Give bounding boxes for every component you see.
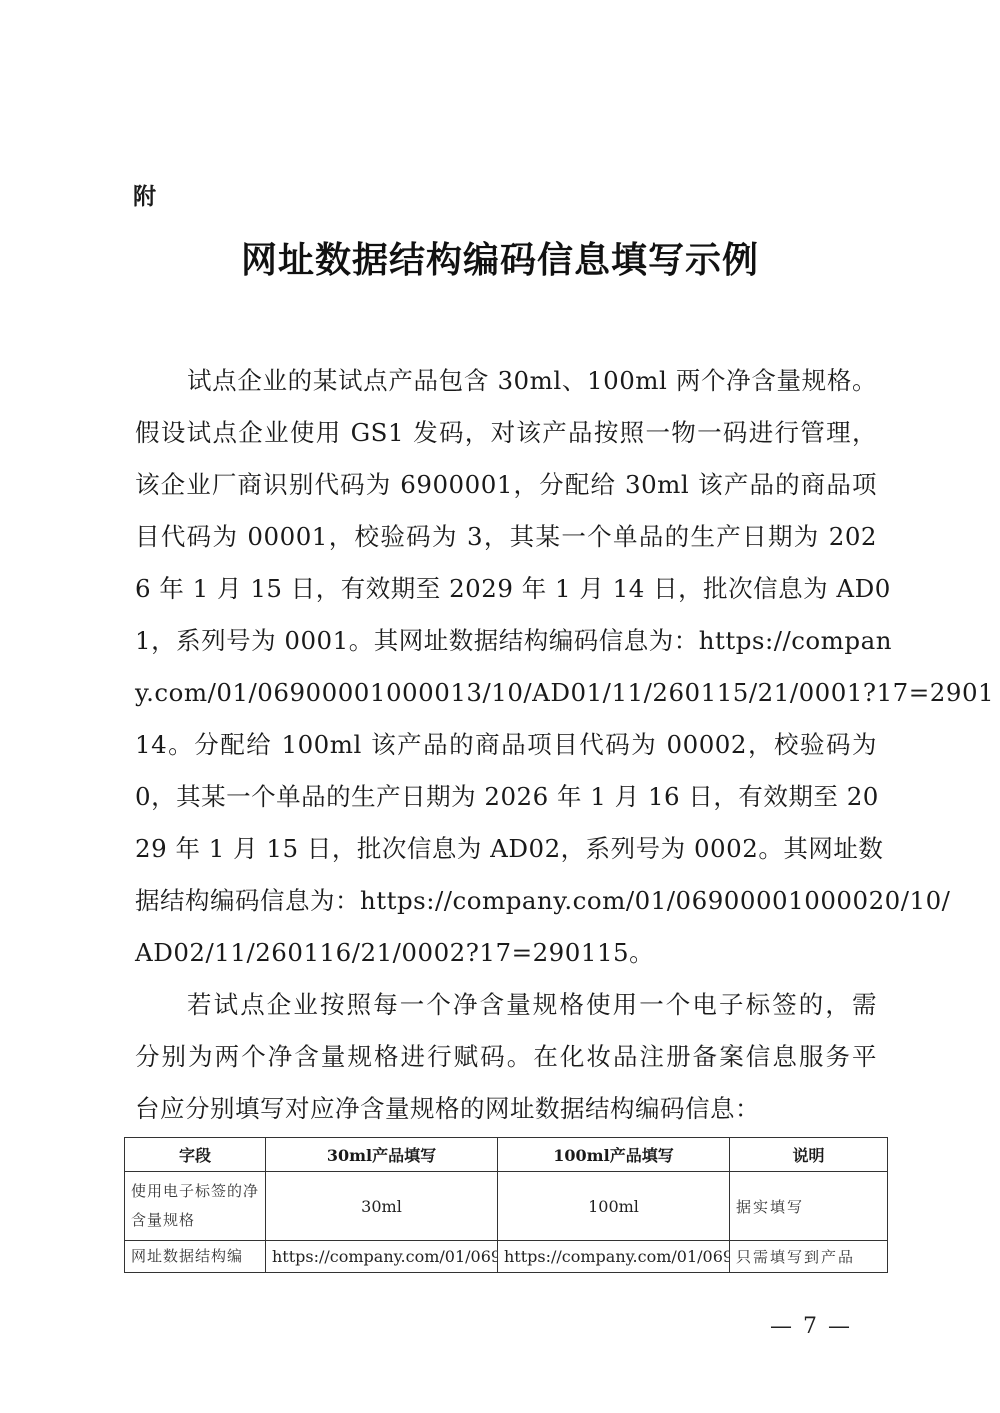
header-30ml: 30ml产品填写 <box>266 1138 498 1172</box>
paragraph-line: 0，其某一个单品的生产日期为 2026 年 1 月 16 日，有效期至 20 <box>135 771 877 823</box>
paragraph-line: 6 年 1 月 15 日，有效期至 2029 年 1 月 14 日，批次信息为 … <box>135 563 877 615</box>
paragraph-line: 1，系列号为 0001。其网址数据结构编码信息为：https://compan <box>135 615 877 667</box>
paragraph-line: 台应分别填写对应净含量规格的网址数据结构编码信息： <box>135 1083 877 1135</box>
table-header-row: 字段 30ml产品填写 100ml产品填写 说明 <box>125 1138 888 1172</box>
cell-field: 使用电子标签的净含量规格 <box>125 1172 266 1241</box>
paragraph-line: 目代码为 00001，校验码为 3，其某一个单品的生产日期为 202 <box>135 511 877 563</box>
paragraph-line: 试点企业的某试点产品包含 30ml、100ml 两个净含量规格。 <box>135 355 877 407</box>
cell-100ml: 100ml <box>498 1172 730 1241</box>
header-100ml: 100ml产品填写 <box>498 1138 730 1172</box>
paragraph-line: 假设试点企业使用 GS1 发码，对该产品按照一物一码进行管理， <box>135 407 877 459</box>
paragraph-line: 若试点企业按照每一个净含量规格使用一个电子标签的，需 <box>135 979 877 1031</box>
paragraph-line: 分别为两个净含量规格进行赋码。在化妆品注册备案信息服务平 <box>135 1031 877 1083</box>
header-field: 字段 <box>125 1138 266 1172</box>
cell-30ml: 30ml <box>266 1172 498 1241</box>
attachment-label: 附 <box>133 178 156 211</box>
paragraph-line: 据结构编码信息为：https://company.com/01/06900001… <box>135 875 877 927</box>
page-number: — 7 — <box>770 1314 852 1339</box>
cell-100ml: https://company.com/01/0690 <box>498 1241 730 1273</box>
table-row: 网址数据结构编 https://company.com/01/0690 http… <box>125 1241 888 1273</box>
header-note: 说明 <box>730 1138 888 1172</box>
document-title: 网址数据结构编码信息填写示例 <box>0 232 1000 283</box>
paragraph-line: 29 年 1 月 15 日，批次信息为 AD02，系列号为 0002。其网址数 <box>135 823 877 875</box>
cell-note: 只需填写到产品 <box>730 1241 888 1273</box>
filling-example-table: 字段 30ml产品填写 100ml产品填写 说明 使用电子标签的净含量规格 30… <box>124 1137 888 1273</box>
table-row: 使用电子标签的净含量规格 30ml 100ml 据实填写 <box>125 1172 888 1241</box>
cell-note: 据实填写 <box>730 1172 888 1241</box>
cell-field: 网址数据结构编 <box>125 1241 266 1273</box>
paragraph-line: 14。分配给 100ml 该产品的商品项目代码为 00002，校验码为 <box>135 719 877 771</box>
paragraph-line: 该企业厂商识别代码为 6900001，分配给 30ml 该产品的商品项 <box>135 459 877 511</box>
paragraph-filling-instructions: 若试点企业按照每一个净含量规格使用一个电子标签的，需 分别为两个净含量规格进行赋… <box>135 979 877 1135</box>
paragraph-example-description: 试点企业的某试点产品包含 30ml、100ml 两个净含量规格。 假设试点企业使… <box>135 355 877 979</box>
cell-30ml: https://company.com/01/0690 <box>266 1241 498 1273</box>
paragraph-line: AD02/11/260116/21/0002?17=290115。 <box>135 927 877 979</box>
paragraph-line: y.com/01/06900001000013/10/AD01/11/26011… <box>135 667 877 719</box>
